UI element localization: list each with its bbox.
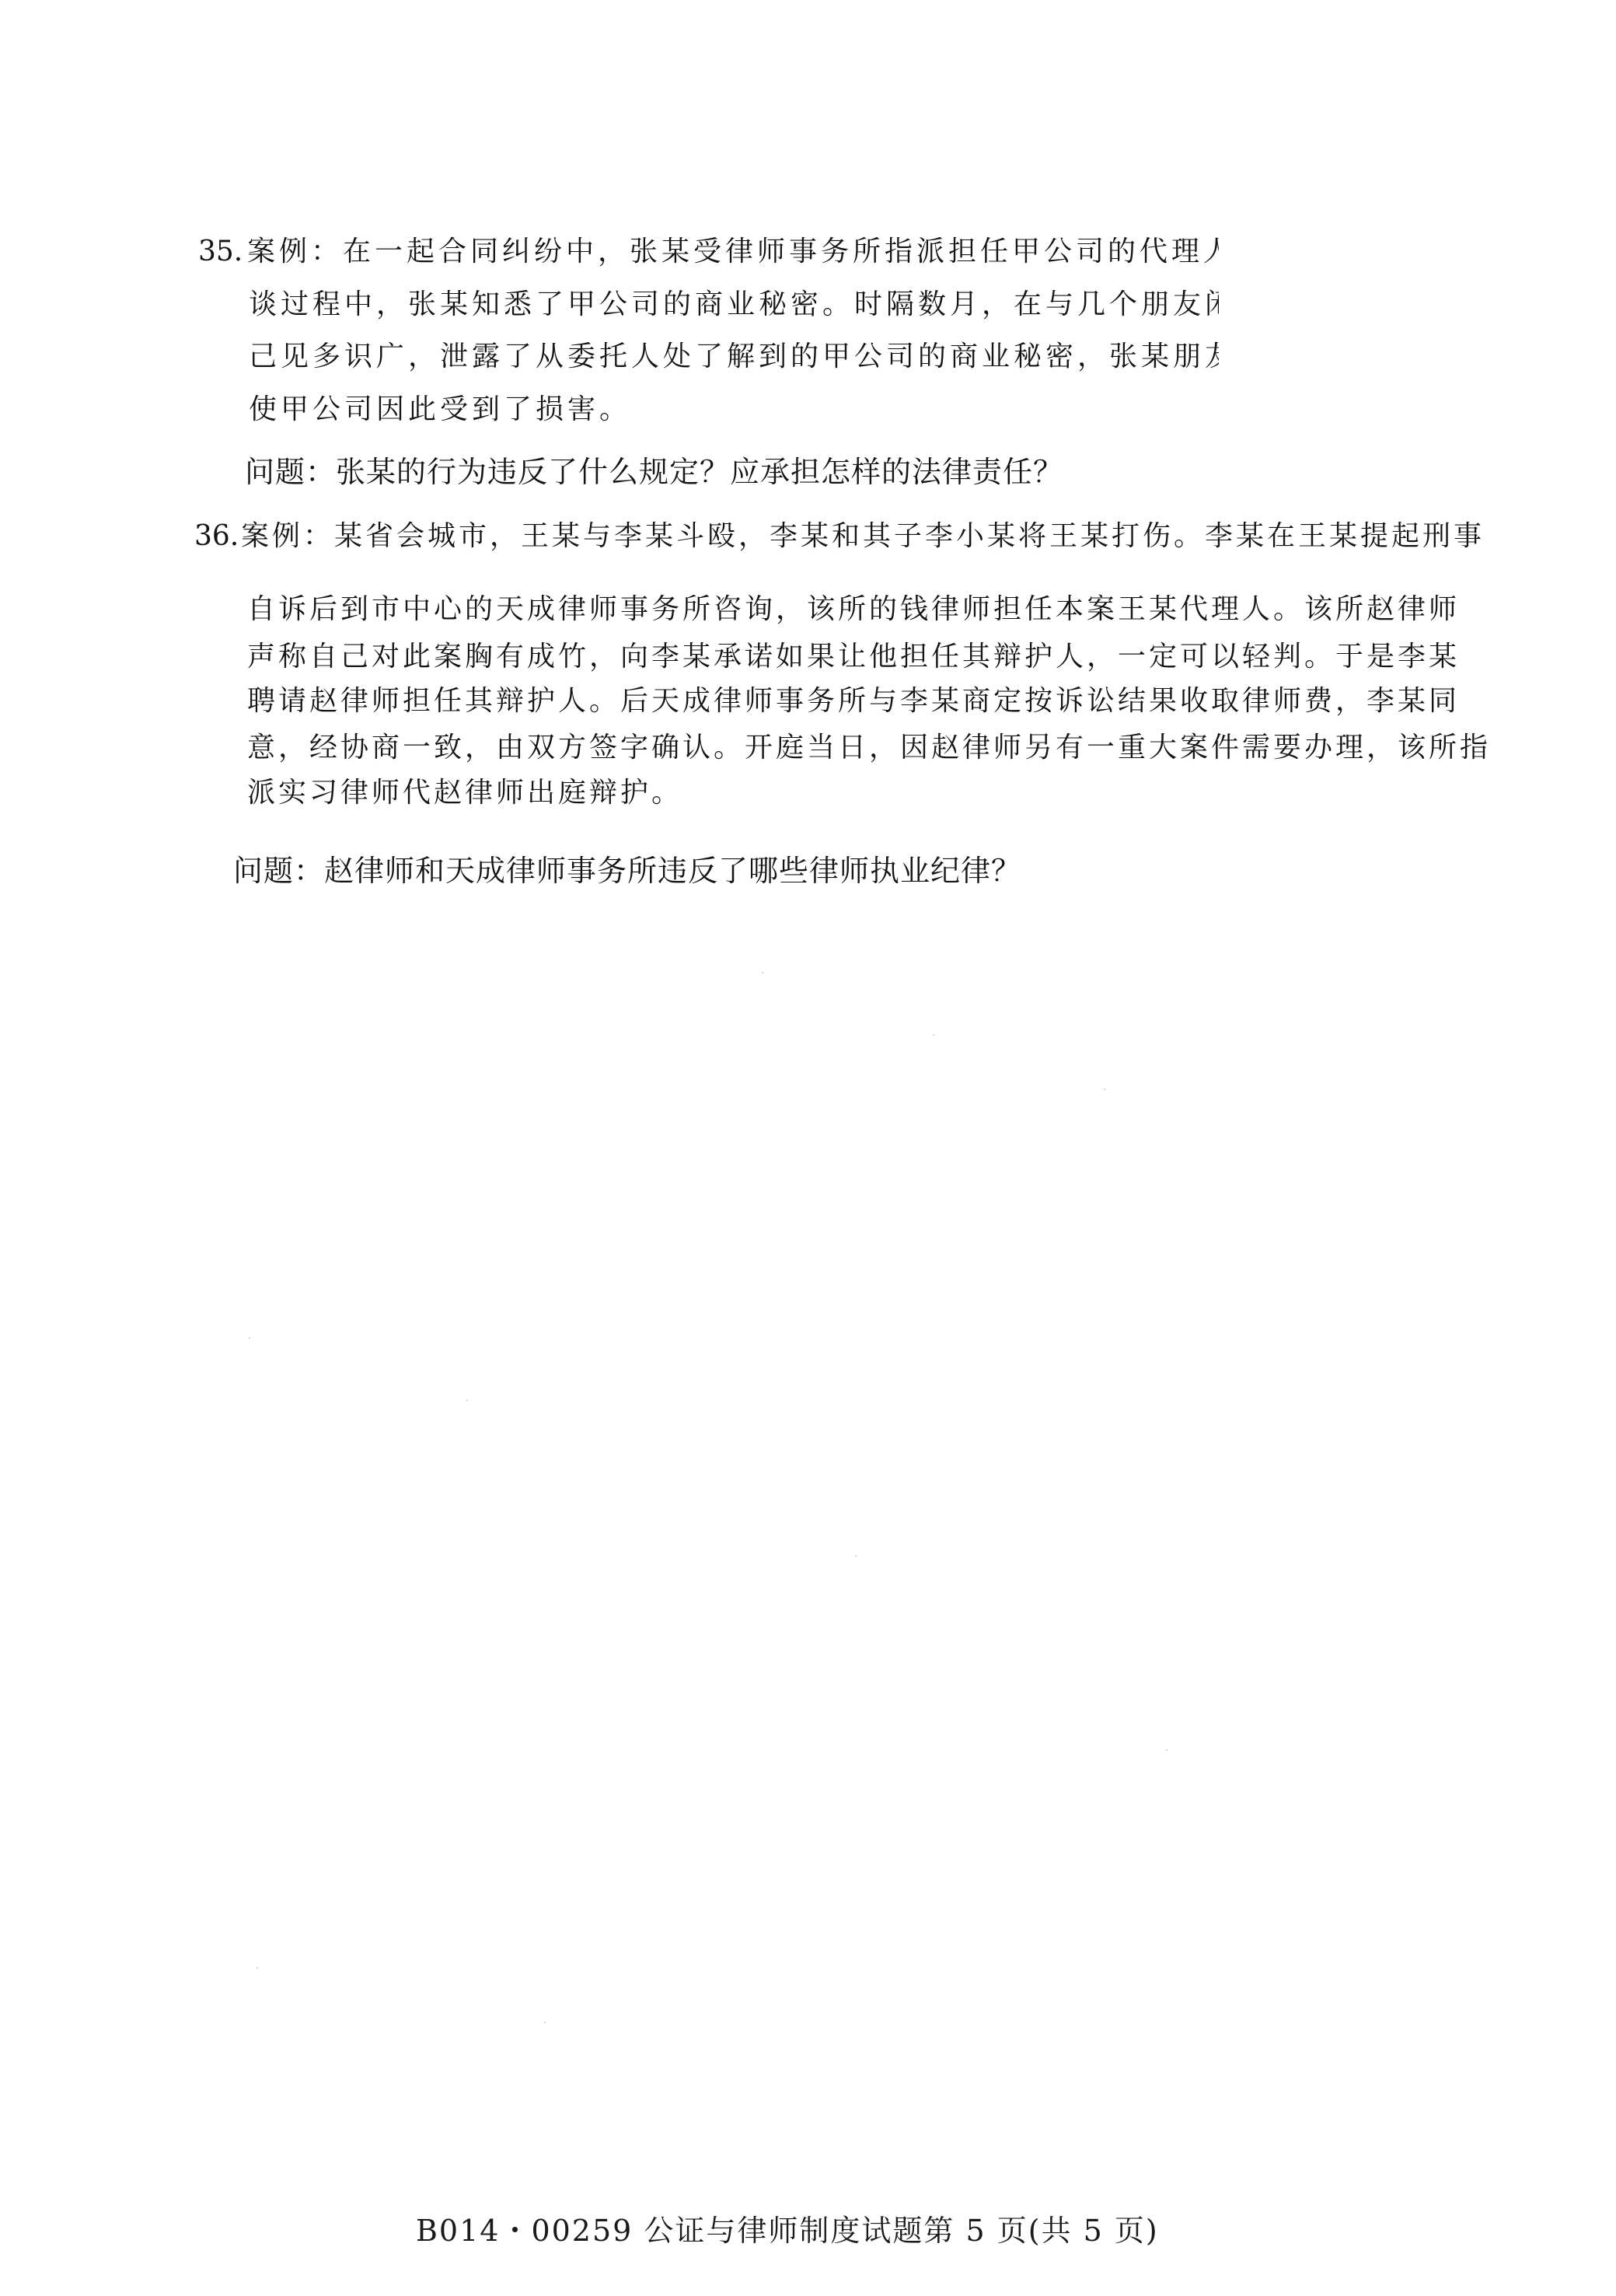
case-text-line: 己见多识广，泄露了从委托人处了解到的甲公司的商业秘密，张某朋友方 bbox=[249, 340, 1219, 374]
case-text-line: 聘请赵律师担任其辩护人。后天成律师事务所与李某商定按诉讼结果收取律师费，李某同 bbox=[247, 684, 1460, 718]
case-text-line: 谈过程中，张某知悉了甲公司的商业秘密。时隔数月，在与几个朋友闲耳 bbox=[249, 288, 1219, 322]
question-prompt: 问题：赵律师和天成律师事务所违反了哪些律师执业纪律？ bbox=[233, 854, 1021, 888]
question-number: 36. bbox=[194, 519, 239, 554]
page-footer: B014・00259 公证与律师制度试题第 5 页(共 5 页) bbox=[416, 2212, 1159, 2249]
case-text-line: 派实习律师代赵律师出庭辩护。 bbox=[247, 776, 682, 810]
question-prompt: 问题：张某的行为违反了什么规定？应承担怎样的法律责任？ bbox=[245, 455, 1063, 489]
case-text-line: 声称自己对此案胸有成竹，向李某承诺如果让他担任其辩护人，一定可以轻判。于是李某 bbox=[247, 640, 1460, 674]
case-text-line: 意，经协商一致，由双方签字确认。开庭当日，因赵律师另有一重大案件需要办理，该所指 bbox=[247, 731, 1491, 765]
case-text-line: 案例：某省会城市，王某与李某斗殴，李某和其子李小某将王某打伤。李某在王某提起刑事 bbox=[241, 519, 1485, 554]
case-text-line: 自诉后到市中心的天成律师事务所咨询，该所的钱律师担任本案王某代理人。该所赵律师 bbox=[247, 592, 1460, 627]
case-text-line: 案例：在一起合同纠纷中，张某受律师事务所指派担任甲公司的代理人 bbox=[247, 235, 1219, 269]
question-number: 35. bbox=[198, 235, 243, 269]
case-text-line: 使甲公司因此受到了损害。 bbox=[249, 393, 631, 427]
